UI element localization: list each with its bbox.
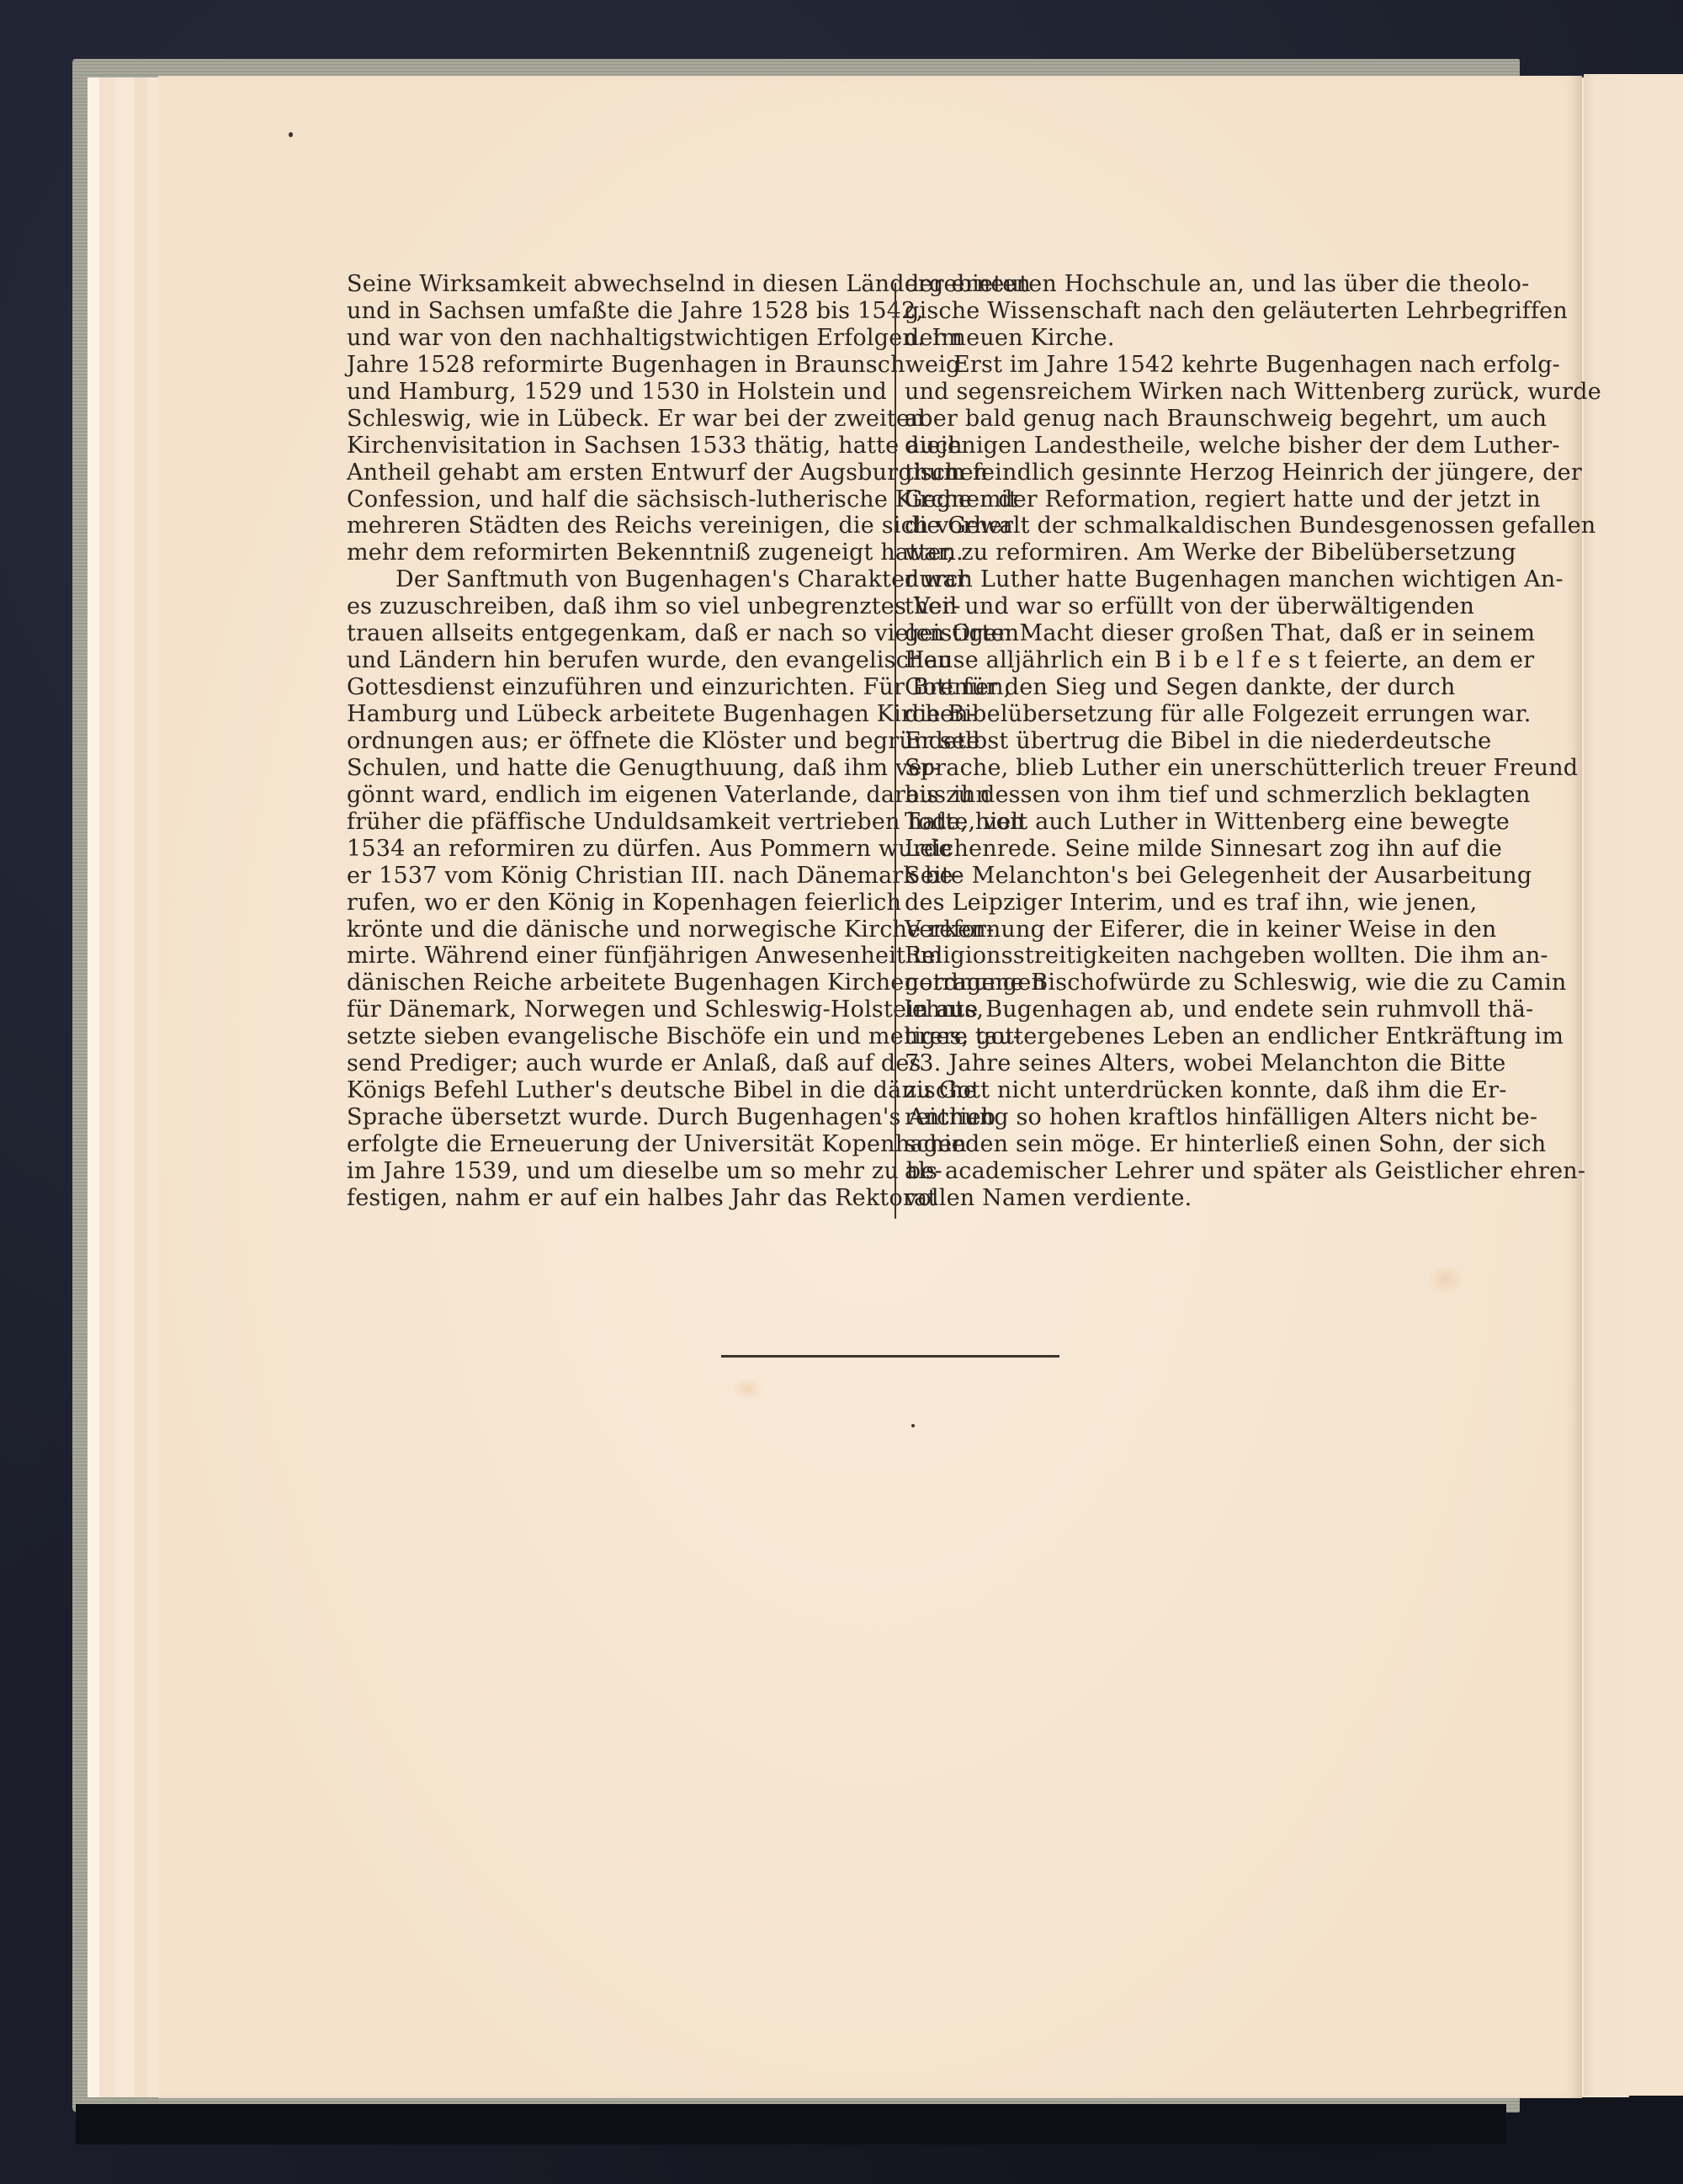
text-line: Kirchenvisitation in Sachsen 1533 thätig… [347, 433, 885, 460]
text-line: krönte und die dänische und norwegische … [347, 917, 885, 943]
text-line: Königs Befehl Luther's deutsche Bibel in… [347, 1077, 885, 1104]
paragraph-start-line: Erst im Jahre 1542 kehrte Bugenhagen nac… [905, 352, 1453, 379]
text-line: Tode, hielt auch Luther in Wittenberg ei… [905, 809, 1453, 836]
text-line: durch Luther hatte Bugenhagen manchen wi… [905, 566, 1453, 593]
text-line: rufen, wo er den König in Kopenhagen fei… [347, 890, 885, 917]
text-line: der neuen Kirche. [905, 325, 1453, 352]
text-line: theil und war so erfüllt von der überwäl… [905, 593, 1453, 620]
paper-speck [911, 1424, 915, 1427]
paragraph-start-line: Der Sanftmuth von Bugenhagen's Charakter… [347, 566, 885, 593]
text-line: und war von den nachhaltigstwichtigen Er… [347, 325, 885, 352]
text-line: es zuzuschreiben, daß ihm so viel unbegr… [347, 593, 885, 620]
text-line: 1534 an reformiren zu dürfen. Aus Pommer… [347, 836, 885, 863]
text-line: getragene Bischofwürde zu Schleswig, wie… [905, 970, 1453, 996]
text-line: die Gewalt der schmalkaldischen Bundesge… [905, 513, 1453, 539]
text-line: und Ländern hin berufen wurde, den evang… [347, 647, 885, 674]
text-line: Seite Melanchton's bei Gelegenheit der A… [905, 863, 1453, 890]
text-line: Gegner der Reformation, regiert hatte un… [905, 486, 1453, 513]
text-line: und Hamburg, 1529 und 1530 in Holstein u… [347, 379, 885, 406]
text-line: für Dänemark, Norwegen und Schleswig-Hol… [347, 996, 885, 1023]
text-line: und segensreichem Wirken nach Wittenberg… [905, 379, 1453, 406]
text-line: lehnte Bugenhagen ab, und endete sein ru… [905, 996, 1453, 1023]
text-line: zu Gott nicht unterdrücken konnte, daß i… [905, 1077, 1453, 1104]
text-line: Confession, und half die sächsisch-luthe… [347, 486, 885, 513]
cover-shadow [76, 2104, 1506, 2144]
text-line: gönnt ward, endlich im eigenen Vaterland… [347, 782, 885, 809]
section-end-rule [721, 1355, 1059, 1358]
text-line: mehr dem reformirten Bekenntniß zugeneig… [347, 539, 885, 566]
text-line: vollen Namen verdiente. [905, 1185, 1453, 1212]
text-column-left: Seine Wirksamkeit abwechselnd in diesen … [347, 271, 885, 1212]
text-line: 73. Jahre seines Alters, wobei Melanchto… [905, 1050, 1453, 1077]
text-line: früher die pfäffische Unduldsamkeit vert… [347, 809, 885, 836]
text-line: gische Wissenschaft nach den geläuterten… [905, 298, 1453, 325]
text-line: Hause alljährlich ein B i b e l f e s t … [905, 647, 1453, 674]
text-line: Religionsstreitigkeiten nachgeben wollte… [905, 943, 1453, 970]
facing-page-edge [1584, 74, 1683, 2096]
text-line: Schleswig, wie in Lübeck. Er war bei der… [347, 406, 885, 433]
text-line: Seine Wirksamkeit abwechselnd in diesen … [347, 271, 885, 298]
text-line: mirte. Während einer fünfjährigen Anwese… [347, 943, 885, 970]
text-line: er 1537 vom König Christian III. nach Dä… [347, 863, 885, 890]
text-line: und in Sachsen umfaßte die Jahre 1528 bi… [347, 298, 885, 325]
text-line: war, zu reformiren. Am Werke der Bibelüb… [905, 539, 1453, 566]
text-line: festigen, nahm er auf ein halbes Jahr da… [347, 1185, 885, 1212]
text-line: diejenigen Landestheile, welche bisher d… [905, 433, 1453, 460]
text-line: im Jahre 1539, und um dieselbe um so meh… [347, 1158, 885, 1185]
text-line: thum feindlich gesinnte Herzog Heinrich … [905, 460, 1453, 486]
text-line: dänischen Reiche arbeitete Bugenhagen Ki… [347, 970, 885, 996]
text-line: Verkennung der Eiferer, die in keiner We… [905, 917, 1453, 943]
column-divider-rule [895, 283, 896, 1219]
text-line: Gott für den Sieg und Segen dankte, der … [905, 674, 1453, 701]
text-line: trauen allseits entgegenkam, daß er nach… [347, 620, 885, 647]
text-line: Hamburg und Lübeck arbeitete Bugenhagen … [347, 701, 885, 728]
text-line: Jahre 1528 reformirte Bugenhagen in Brau… [347, 352, 885, 379]
text-line: setzte sieben evangelische Bischöfe ein … [347, 1023, 885, 1050]
text-line: erfolgte die Erneuerung der Universität … [347, 1131, 885, 1158]
text-line: Schulen, und hatte die Genugthuung, daß … [347, 755, 885, 782]
text-line: Antheil gehabt am ersten Entwurf der Aug… [347, 460, 885, 486]
text-line: als academischer Lehrer und später als G… [905, 1158, 1453, 1185]
text-line: Sprache übersetzt wurde. Durch Bugenhage… [347, 1104, 885, 1131]
text-line: Er selbst übertrug die Bibel in die nied… [905, 728, 1453, 755]
paper-speck [289, 132, 293, 137]
text-line: Sprache, blieb Luther ein unerschütterli… [905, 755, 1453, 782]
text-line: reichung so hohen kraftlos hinfälligen A… [905, 1104, 1453, 1131]
text-line: Leichenrede. Seine milde Sinnesart zog i… [905, 836, 1453, 863]
text-line: geistigen Macht dieser großen That, daß … [905, 620, 1453, 647]
text-line: bis zu dessen von ihm tief und schmerzli… [905, 782, 1453, 809]
text-line: mehreren Städten des Reichs vereinigen, … [347, 513, 885, 539]
text-line: die Bibelübersetzung für alle Folgezeit … [905, 701, 1453, 728]
text-line: tiges, gottergebenes Leben an endlicher … [905, 1023, 1453, 1050]
text-line: send Prediger; auch wurde er Anlaß, daß … [347, 1050, 885, 1077]
text-line: der erneuten Hochschule an, und las über… [905, 271, 1453, 298]
text-line: ordnungen aus; er öffnete die Klöster un… [347, 728, 885, 755]
text-column-right: der erneuten Hochschule an, und las über… [905, 271, 1453, 1212]
text-line: Gottesdienst einzuführen und einzurichte… [347, 674, 885, 701]
text-line: des Leipziger Interim, und es traf ihn, … [905, 890, 1453, 917]
text-line: schieden sein möge. Er hinterließ einen … [905, 1131, 1453, 1158]
text-line: aber bald genug nach Braunschweig begehr… [905, 406, 1453, 433]
